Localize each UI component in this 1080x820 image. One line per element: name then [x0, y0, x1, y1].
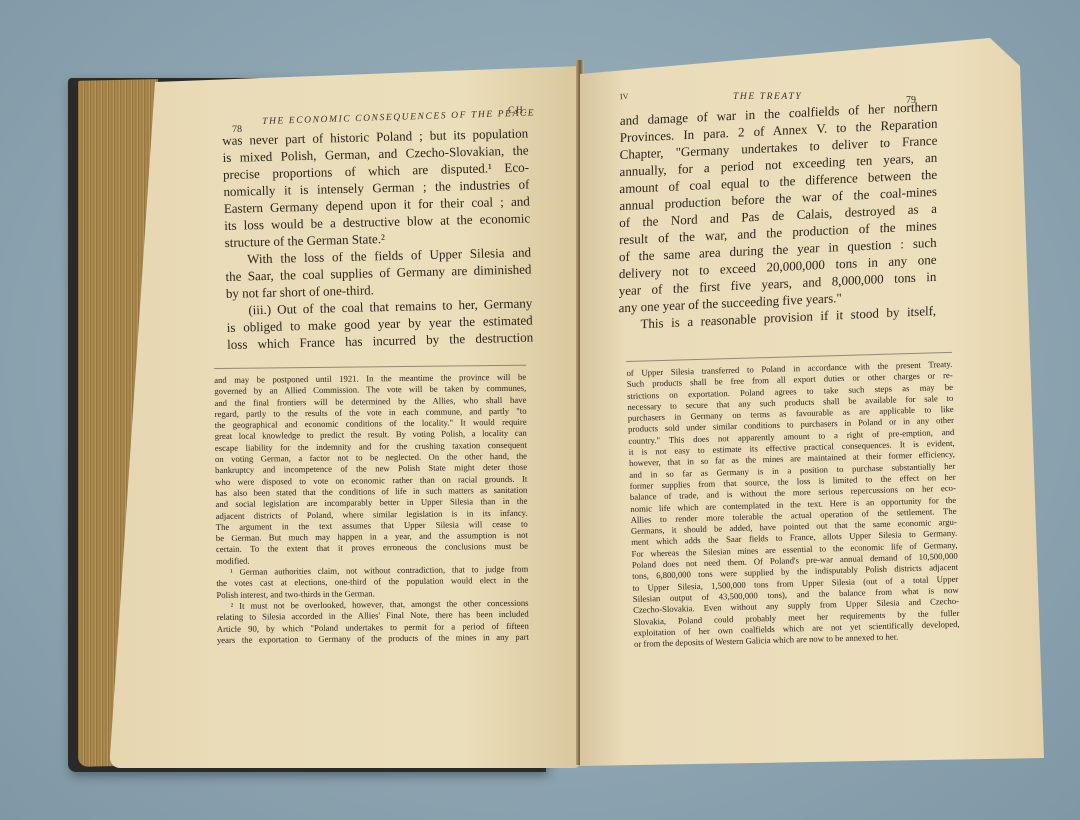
footnote-rule [214, 365, 526, 369]
left-chapter-mark: CH. [508, 106, 528, 116]
left-body-text: was never part of historic Poland ; but … [222, 125, 533, 353]
right-chapter-mark: IV [620, 92, 629, 102]
left-footnotes: and may be postponed until 1921. In the … [214, 359, 529, 646]
right-body-text: and damage of war in the coalfields of h… [618, 98, 937, 334]
right-running-head: THE TREATY [733, 92, 802, 102]
right-footnotes: of Upper Silesia transferred to Poland i… [626, 346, 960, 650]
